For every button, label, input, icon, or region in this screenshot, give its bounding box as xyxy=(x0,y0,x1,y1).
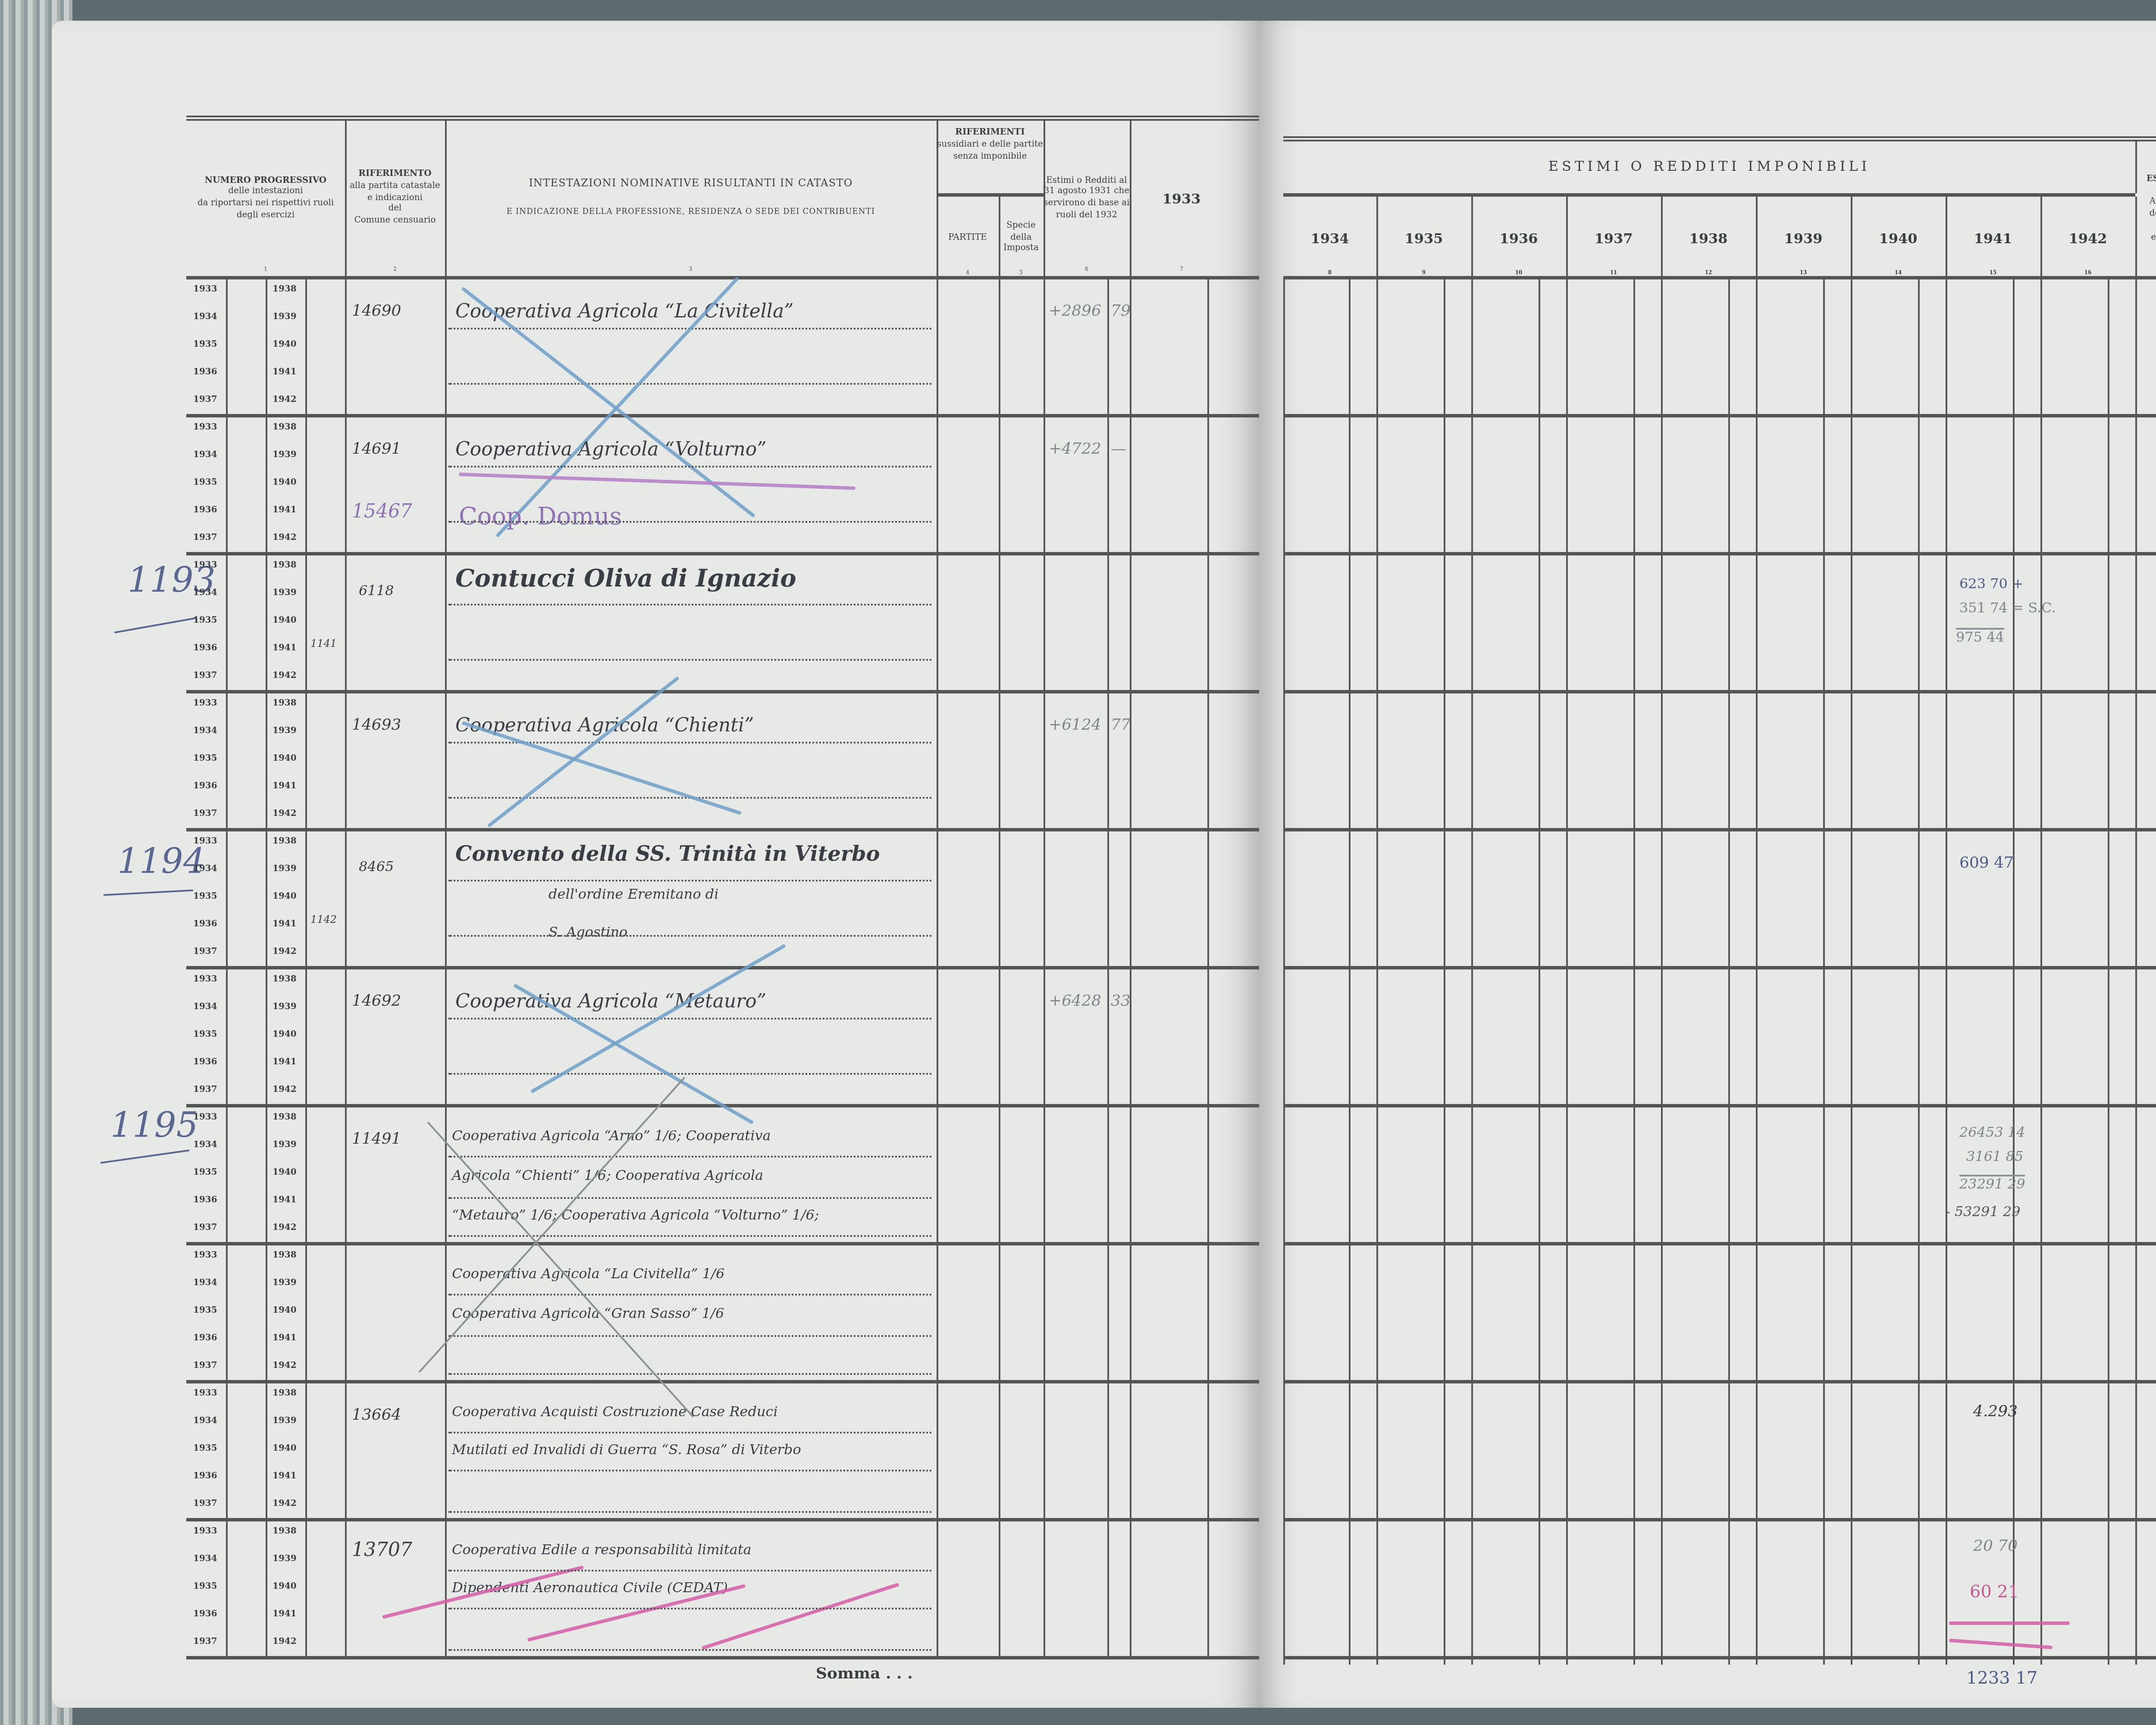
strike-line xyxy=(702,1583,899,1650)
entry-row[interactable]: 19331934193519361937 1938193919401941194… xyxy=(186,276,1269,417)
header-intestazioni: INTESTAZIONI NOMINATIVE RISULTANTI IN CA… xyxy=(445,121,938,276)
side-mark: 1142 xyxy=(310,914,337,926)
estimo-1931-value: +2896 xyxy=(1049,304,1101,321)
estimo-1931-value: +6428 xyxy=(1049,994,1101,1011)
estimi-row[interactable] xyxy=(1283,966,2156,1107)
margin-underline xyxy=(103,890,193,896)
intestazione-text: Cooperativa Acquisti Costruzione Case Re… xyxy=(452,1404,778,1420)
correction-partita: 15467 xyxy=(352,500,412,523)
estimo-1941-value: 623 70 + xyxy=(1959,576,2024,592)
estimi-row[interactable]: 609 47 xyxy=(1283,828,2156,969)
header-year: 193812 xyxy=(1661,197,1758,279)
partita-number: 6118 xyxy=(359,583,394,599)
margin-number: 1195 xyxy=(110,1104,198,1145)
estimi-row[interactable]: 623 70 + 351 74 = S.C. 975 44 xyxy=(1283,552,2156,693)
intestazione-text: Cooperativa Edile a responsabilità limit… xyxy=(452,1542,752,1558)
intestazione-text: Cooperativa Agricola “Metauro” xyxy=(455,990,766,1013)
entry-row[interactable]: 19331934193519361937 1938193919401941194… xyxy=(186,552,1269,693)
somma-1941: 1233 17 xyxy=(1966,1670,2037,1689)
years-second-col: 19381939194019411942 xyxy=(273,276,297,414)
cancel-cross xyxy=(487,676,680,828)
entry-row[interactable]: 19331934193519361937 1938193919401941194… xyxy=(186,690,1269,831)
estimo-1931-cents: 33 xyxy=(1111,994,1131,1011)
estimi-row[interactable] xyxy=(1283,1242,2156,1383)
header-year: 19348 xyxy=(1283,197,1378,279)
header-1933: 1933 7 xyxy=(1130,121,1233,276)
estimo-1941-total: 975 44 xyxy=(1956,628,2004,645)
estimo-1931-cents: — xyxy=(1111,442,1126,459)
estimo-1931-cents: 77 xyxy=(1111,718,1131,735)
intestazione-text: Mutilati ed Invalidi di Guerra “S. Rosa”… xyxy=(452,1442,801,1458)
partita-number: 14690 xyxy=(352,304,401,321)
right-ledger-table: ESTIMI O REDDITI IMPONIBILI 19348 19359 … xyxy=(1283,136,2156,1659)
estimi-row[interactable] xyxy=(1283,690,2156,831)
estimo-1941-value: 23291 29 xyxy=(1959,1175,2025,1192)
left-page: 1193 1194 1195 NUMERO PROGRESSIVO delle … xyxy=(52,21,1259,1708)
estimo-1941-value: 4.293 xyxy=(1973,1404,2018,1421)
estimo-1941-value: 20 70 xyxy=(1973,1539,2018,1556)
year-header-row: 19348 19359 193610 193711 193812 193913 … xyxy=(1283,193,2135,279)
underline-mark xyxy=(1949,1639,2053,1650)
header-year: 193913 xyxy=(1756,197,1852,279)
header-specie-imposta: Specie della Imposta 5 xyxy=(999,193,1045,279)
entry-row[interactable]: 19331934193519361937 1938193919401941194… xyxy=(186,1104,1269,1245)
intestazione-text: Cooperativa Agricola “La Civitella” xyxy=(455,300,794,323)
side-mark: 1141 xyxy=(310,638,337,650)
right-header: ESTIMI O REDDITI IMPONIBILI 19348 19359 … xyxy=(1283,141,2156,279)
estimo-1931-cents: 79 xyxy=(1111,304,1131,321)
intestazione-text: Cooperativa Agricola “Arno” 1/6; Coopera… xyxy=(452,1128,771,1144)
header-year: 19359 xyxy=(1376,197,1473,279)
header-year: 193711 xyxy=(1566,197,1663,279)
partita-number: 13664 xyxy=(352,1408,401,1425)
estimi-row[interactable] xyxy=(1283,276,2156,417)
correction-text: Coop. Domus xyxy=(459,504,622,531)
margin-underline xyxy=(114,617,196,633)
partita-number: 14691 xyxy=(352,442,401,459)
estimo-1931-value: +4722 xyxy=(1049,442,1101,459)
strike-line xyxy=(459,473,856,490)
header-partite: PARTITE 4 xyxy=(937,193,1000,279)
estimo-1941-value: 60 21 xyxy=(1970,1584,2019,1603)
header-year: 194216 xyxy=(2040,197,2137,279)
years-first-col: 19331934193519361937 xyxy=(193,276,217,414)
ledger-spread: 1193 1194 1195 NUMERO PROGRESSIVO delle … xyxy=(0,0,2156,1725)
intestazione-text: Contucci Oliva di Ignazio xyxy=(455,566,796,593)
partita-number: 14693 xyxy=(352,718,401,735)
entry-row[interactable]: 19331934193519361937 1938193919401941194… xyxy=(186,1242,1269,1383)
left-header: NUMERO PROGRESSIVO delle intestazioni da… xyxy=(186,121,1269,279)
partita-number: 14692 xyxy=(352,994,401,1011)
estimo-1931-value: +6124 xyxy=(1049,718,1101,735)
estimi-row[interactable]: 20 70 60 21 xyxy=(1283,1518,2156,1659)
estimo-1941-value: 351 74 = S.C. xyxy=(1959,600,2056,616)
header-estimi-redditi: ESTIMI O REDDITI IMPONIBILI xyxy=(1283,141,2137,193)
estimo-1941-value: 26453 14 xyxy=(1959,1125,2025,1140)
header-year: 194014 xyxy=(1851,197,1947,279)
header-estimi-1931: Estimi o Redditi al 31 agosto 1931 che s… xyxy=(1044,121,1131,276)
estimo-1941-value: 3161 85 xyxy=(1966,1149,2023,1164)
intestazione-text: Convento della SS. Trinità in Viterbo xyxy=(455,842,880,866)
entry-row[interactable]: 19331934193519361937 1938193919401941194… xyxy=(186,828,1269,969)
estimo-1941-value: - 53291 29 xyxy=(1946,1204,2021,1220)
intestazione-text: Cooperativa Agricola “Gran Sasso” 1/6 xyxy=(452,1306,724,1321)
entry-row[interactable]: 19331934193519361937 1938193919401941194… xyxy=(186,1518,1269,1659)
header-numero-progressivo: NUMERO PROGRESSIVO delle intestazioni da… xyxy=(186,121,347,276)
header-year: 194115 xyxy=(1946,197,2042,279)
partita-number: 11491 xyxy=(352,1132,401,1149)
partita-number: 8465 xyxy=(359,859,394,875)
entry-row[interactable]: 19331934193519361937 1938193919401941194… xyxy=(186,414,1269,555)
intestazione-text: Agricola “Chienti” 1/6; Cooperativa Agri… xyxy=(452,1168,763,1183)
intestazione-text: S. Agostino xyxy=(548,925,627,940)
right-page: Mod. 111 - Imposte Dirette (Intercalare)… xyxy=(1259,21,2156,1708)
entry-row[interactable]: 19331934193519361937 1938193919401941194… xyxy=(186,1380,1269,1521)
entry-row[interactable]: 19331934193519361937 1938193919401941194… xyxy=(186,966,1269,1107)
estimi-row[interactable]: 26453 14 3161 85 23291 29 - 53291 29 xyxy=(1283,1104,2156,1245)
somma-label: Somma . . . xyxy=(816,1666,913,1684)
partita-number: 13707 xyxy=(352,1539,412,1561)
estimo-1941-value: 609 47 xyxy=(1959,856,2014,873)
header-riferimento: RIFERIMENTO alla partita catastale e ind… xyxy=(345,121,447,276)
intestazione-text: Cooperativa Agricola “Volturno” xyxy=(455,438,767,461)
margin-underline xyxy=(100,1150,190,1164)
header-esenzioni: ESENZIONI — Ammontare degli estimi o red… xyxy=(2135,141,2156,276)
intestazione-text: Cooperativa Agricola “La Civitella” 1/6 xyxy=(452,1266,724,1282)
left-ledger-table: NUMERO PROGRESSIVO delle intestazioni da… xyxy=(186,116,1269,1659)
intestazione-text: dell'ordine Eremitano di xyxy=(548,887,719,902)
estimi-row[interactable]: 4.293 xyxy=(1283,1380,2156,1521)
underline-mark xyxy=(1949,1621,2070,1625)
estimi-row[interactable] xyxy=(1283,414,2156,555)
header-year: 193610 xyxy=(1471,197,1568,279)
